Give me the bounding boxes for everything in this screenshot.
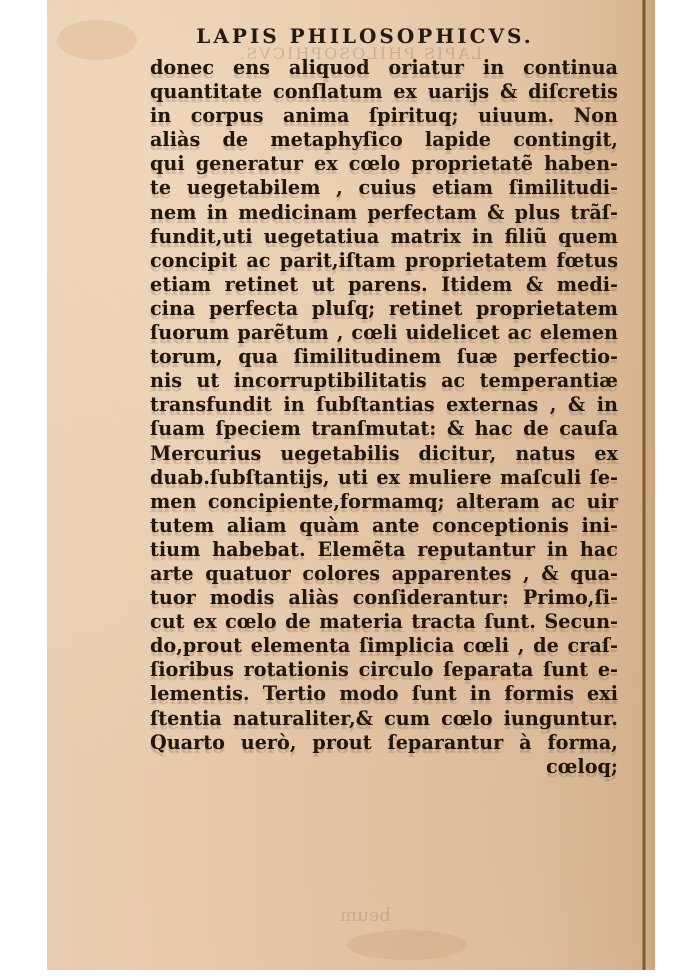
text-line: tuor modis aliàs conſiderantur: Primo,ſi… xyxy=(150,586,618,610)
adjacent-page-edge xyxy=(646,0,655,970)
text-line: transfundit in ſubſtantias externas , & … xyxy=(150,393,618,417)
text-line: etiam retinet ut parens. Itidem & medi- xyxy=(150,273,618,297)
text-line: nis ut incorruptibilitatis ac temperanti… xyxy=(150,369,618,393)
text-line: torum, qua ſimilitudinem ſuæ perfectio- xyxy=(150,345,618,369)
body-text: donec ens aliquod oriatur in continua qu… xyxy=(150,56,618,779)
text-line: donec ens aliquod oriatur in continua xyxy=(150,56,618,80)
text-line: fundit,uti uegetatiua matrix in filiũ qu… xyxy=(150,225,618,249)
text-line: arte quatuor colores apparentes , & qua- xyxy=(150,562,618,586)
text-line: concipit ac parit,iſtam proprietatem fœt… xyxy=(150,249,618,273)
text-line: do,prout elementa ſimplicia cœli , de cr… xyxy=(150,634,618,658)
paper-stain xyxy=(347,930,467,960)
text-line: men concipiente,formamq; alteram ac uir xyxy=(150,490,618,514)
text-line: ſuam ſpeciem tranſmutat: & hac de cauſa xyxy=(150,417,618,441)
text-line: tutem aliam quàm ante conceptionis ini- xyxy=(150,514,618,538)
text-line: aliàs de metaphyſico lapide contingit, xyxy=(150,128,618,152)
text-line: qui generatur ex cœlo proprietatẽ haben- xyxy=(150,152,618,176)
text-line: tium habebat. Elemẽta reputantur in hac xyxy=(150,538,618,562)
text-line: nem in medicinam perfectam & plus trãſ- xyxy=(150,201,618,225)
text-line: Quarto uerò, prout ſeparantur à forma, xyxy=(150,731,618,755)
paper-stain xyxy=(57,20,137,60)
text-line: ſuorum parẽtum , cœli uidelicet ac eleme… xyxy=(150,321,618,345)
text-line: cina perfecta pluſq; retinet proprietate… xyxy=(150,297,618,321)
text-line: quantitate conſlatum ex uarijs & diſcret… xyxy=(150,80,618,104)
text-line: cut ex cœlo de materia tracta ſunt. Secu… xyxy=(150,610,618,634)
text-line: Mercurius uegetabilis dicitur, natus ex xyxy=(150,442,618,466)
text-line: ſtentia naturaliter,& cum cœlo iunguntur… xyxy=(150,707,618,731)
bleed-through-text: beum xyxy=(340,905,391,926)
text-line: duab.ſubſtantijs, uti ex muliere maſculi… xyxy=(150,466,618,490)
text-line: lementis. Tertio modo ſunt in formis exi xyxy=(150,682,618,706)
text-line: te uegetabilem , cuius etiam ſimilitudi- xyxy=(150,176,618,200)
catchword: cœloq; xyxy=(150,755,618,779)
running-head: LAPIS PHILOSOPHICVS. xyxy=(155,24,575,48)
text-line: in corpus anima ſpirituq; uiuum. Non xyxy=(150,104,618,128)
text-line: ſioribus rotationis circulo ſeparata ſun… xyxy=(150,658,618,682)
